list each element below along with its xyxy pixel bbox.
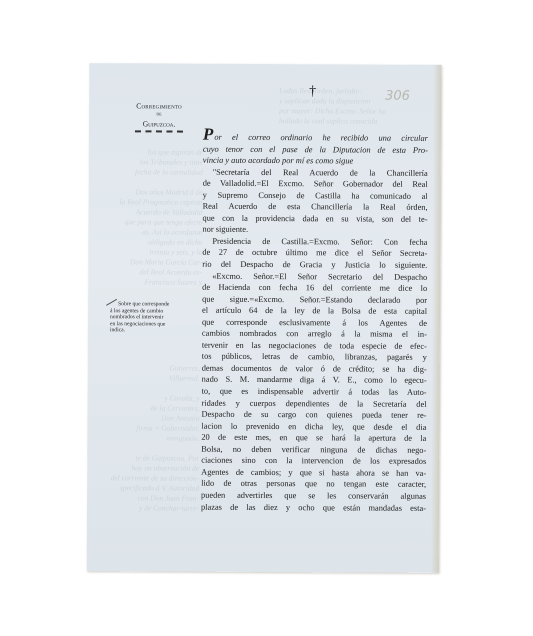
paragraph-3-line: el artículo 64 de la ley de la Bolsa de … bbox=[202, 305, 427, 318]
drop-cap: P bbox=[203, 125, 213, 144]
document-page: Lodas Real órden, jurisdic- y suplican d… bbox=[87, 63, 442, 573]
heading-ornament-rule bbox=[135, 130, 183, 135]
paragraph-3-line: pueden advertirles que se les conservará… bbox=[201, 490, 426, 503]
paragraph-1-line: Real Acuerdo de esta Chancillería la Rea… bbox=[203, 201, 428, 214]
heading-line-3: Guipuzcoa. bbox=[119, 119, 199, 128]
paragraph-3-line: to, que es indispensable advertir á toda… bbox=[202, 386, 427, 399]
paragraph-2-line: rio del Despacho de Gracia y Justicia lo… bbox=[202, 259, 427, 272]
bleed-through-text-top: Lodas Real órden, jurisdic- y suplican d… bbox=[279, 86, 439, 131]
paragraph-3-line: 20 de este mes, en que se hará la apertu… bbox=[201, 432, 426, 445]
bleed-through-text-left: los que aspiran de los Tribunales y tint… bbox=[110, 147, 203, 297]
paragraph-1-line: de Valladolid.=El Excmo. Señor Gobernado… bbox=[203, 178, 428, 191]
margin-note-line: indica. bbox=[110, 327, 194, 334]
document-heading: Corregimiento de Guipuzcoa. bbox=[119, 101, 199, 135]
intro-line-1: Por el correo ordinario he recibido una … bbox=[203, 130, 428, 145]
folio-number: 306 bbox=[385, 89, 410, 104]
paragraph-3-line: cambios nombrados con arreglo á la misma… bbox=[202, 328, 427, 341]
cross-icon: † bbox=[309, 84, 316, 100]
document-body: Por el correo ordinario he recibido una … bbox=[201, 130, 428, 514]
paragraph-3-line: plazas de las diez y ocho que están mand… bbox=[201, 501, 426, 514]
heading-line-2: de bbox=[119, 110, 199, 119]
bleed-through-text-lower-left: Gutierrez, Villarreal. y Coruña, y de la… bbox=[107, 363, 200, 523]
heading-line-1: Corregimiento bbox=[119, 101, 199, 110]
intro-line-3: vincia y auto acordado por mí es como si… bbox=[203, 155, 428, 168]
paragraph-3-line: de Hacienda con fecha 16 del corriente m… bbox=[202, 282, 427, 295]
margin-note: Sobre que corresponde á los agentes de c… bbox=[110, 301, 194, 334]
paragraph-3-line: Despacho de su cargo con quienes pueda t… bbox=[201, 409, 426, 422]
paragraph-3-line: ciaciones sino con la intervencion de lo… bbox=[201, 455, 426, 468]
